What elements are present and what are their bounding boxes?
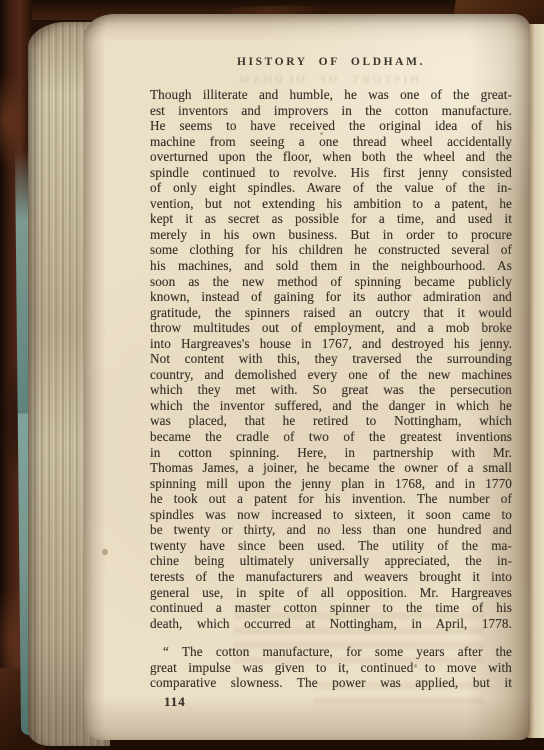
text-line: be twenty or thirty, and no less than on… <box>150 522 512 538</box>
text-line: Though illiterate and humble, he was one… <box>150 87 512 103</box>
text-line: spindles was now increased to sixteen, i… <box>150 507 512 523</box>
paragraph-2: “ The cotton manufacture, for some years… <box>150 644 512 691</box>
text-line: terests of the manufacturers and weavers… <box>150 569 512 585</box>
text-line: continued a master cotton spinner to the… <box>150 600 512 616</box>
text-line: spinning mill upon the jenny plan in 176… <box>150 476 512 492</box>
foxing-spot <box>414 664 417 668</box>
text-line: was placed, that he retired to Nottingha… <box>150 413 512 429</box>
text-line: “ The cotton manufacture, for some years… <box>150 644 512 660</box>
book-photo: HISTORY OF OLDHAM. HISTORY OF OLDHAM. Th… <box>0 0 544 750</box>
text-line: great impulse was given to it, continued… <box>150 660 512 676</box>
text-line: He seems to have received the original i… <box>150 118 512 134</box>
text-line: soon as the new method of spinning becam… <box>150 274 512 290</box>
text-line: some clothing for his children he constr… <box>150 242 512 258</box>
text-line: spindle continued to revolve. His first … <box>150 165 512 181</box>
text-line: his machines, and sold them in the neigh… <box>150 258 512 274</box>
show-through-ghost-header: HISTORY OF OLDHAM. <box>144 74 506 86</box>
text-line: throw multitudes out of employment, and … <box>150 320 512 336</box>
book-page: HISTORY OF OLDHAM. HISTORY OF OLDHAM. Th… <box>84 14 530 740</box>
text-line: gratitude, the spinners raised an outcry… <box>150 305 512 321</box>
text-line: machine from seeing a one thread wheel a… <box>150 134 512 150</box>
page-number: 114 <box>164 694 512 710</box>
foxing-spot <box>320 132 323 135</box>
text-line: known, instead of gaining for its author… <box>150 289 512 305</box>
text-line: chine being ultimately universally appre… <box>150 553 512 569</box>
foxing-spot <box>102 549 108 555</box>
paragraph-1: Though illiterate and humble, he was one… <box>150 87 512 631</box>
text-line: general use, in spite of all opposition.… <box>150 585 512 601</box>
text-line: country, and demolished every one of the… <box>150 367 512 383</box>
text-line: vention, but not extending his ambition … <box>150 196 512 212</box>
text-line: overturned upon the floor, when both the… <box>150 149 512 165</box>
text-line: death, which occurred at Nottingham, in … <box>150 616 512 632</box>
text-line: Thomas James, a joiner, he became the ow… <box>150 460 512 476</box>
text-line: merely in his own business. But in order… <box>150 227 512 243</box>
text-line: he took out a patent for his invention. … <box>150 491 512 507</box>
text-line: in cotton spinning. Here, in partnership… <box>150 445 512 461</box>
text-line: into Hargreaves's house in 1767, and des… <box>150 336 512 352</box>
page-body-text: Though illiterate and humble, he was one… <box>150 87 512 709</box>
text-line: of only eight spindles. Aware of the val… <box>150 180 512 196</box>
text-line: comparative slowness. The power was appl… <box>150 675 512 691</box>
text-line: twenty have since been used. The utility… <box>150 538 512 554</box>
text-line: est inventors and improvers in the cotto… <box>150 103 512 119</box>
text-line: which they met with. So great was the pe… <box>150 382 512 398</box>
running-header: HISTORY OF OLDHAM. <box>150 56 512 68</box>
text-line: became the cradle of two of the greatest… <box>150 429 512 445</box>
text-line: kept it as secret as possible for a time… <box>150 211 512 227</box>
text-line: which the inventor suffered, and the dan… <box>150 398 512 414</box>
text-line: Not content with this, they traversed th… <box>150 351 512 367</box>
